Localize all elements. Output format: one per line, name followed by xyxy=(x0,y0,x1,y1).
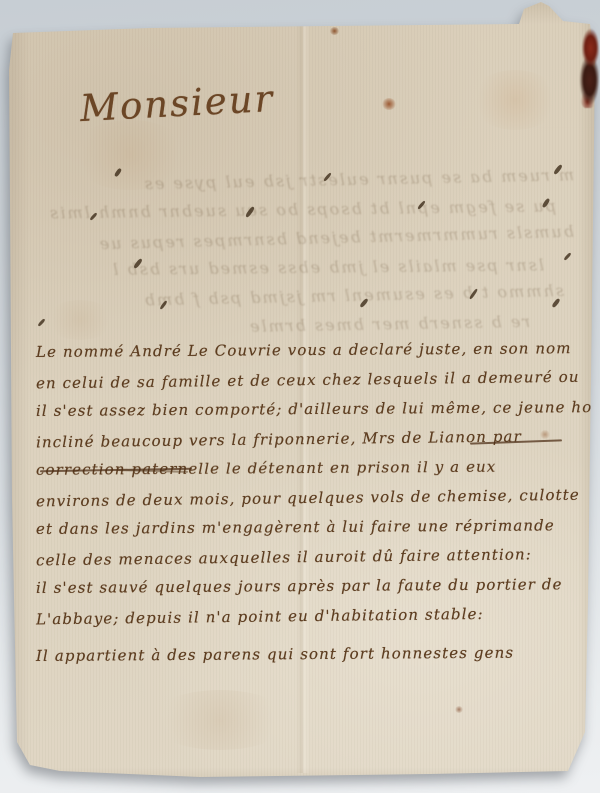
foxing-stain xyxy=(382,98,396,110)
body-line: L'abbaye; depuis il n'a point eu d'habit… xyxy=(36,598,588,634)
foxing-stain xyxy=(455,706,463,713)
wax-seal-remnant xyxy=(578,28,599,108)
ink-bleedthrough-block: m ruem ba se pusnr eulestr jsb eul pyse … xyxy=(26,166,574,340)
body-line: correction paternelle le détenant en pri… xyxy=(36,452,588,485)
foxing-stain xyxy=(330,27,339,35)
body-line: Le nommé André Le Couvrie vous a declaré… xyxy=(36,334,588,367)
letter-paper: Monsieur m ruem ba se pusnr eulestr jsb … xyxy=(0,0,600,793)
letter-body: Le nommé André Le Couvrie vous a declaré… xyxy=(36,336,588,670)
salutation-text: Monsieur xyxy=(79,77,275,130)
photo-of-letter: Monsieur m ruem ba se pusnr eulestr jsb … xyxy=(0,0,600,793)
body-line: Il appartient à des parens qui sont fort… xyxy=(36,638,588,671)
body-line: il s'est assez bien comporté; d'ailleurs… xyxy=(36,393,588,426)
body-line: il s'est sauvé quelques jours après par … xyxy=(36,570,588,603)
body-line: et dans les jardins m'engagèrent à lui f… xyxy=(36,511,588,544)
foxing-stain xyxy=(150,690,290,750)
foxing-stain xyxy=(470,70,560,130)
paper-face: Monsieur m ruem ba se pusnr eulestr jsb … xyxy=(0,0,600,793)
